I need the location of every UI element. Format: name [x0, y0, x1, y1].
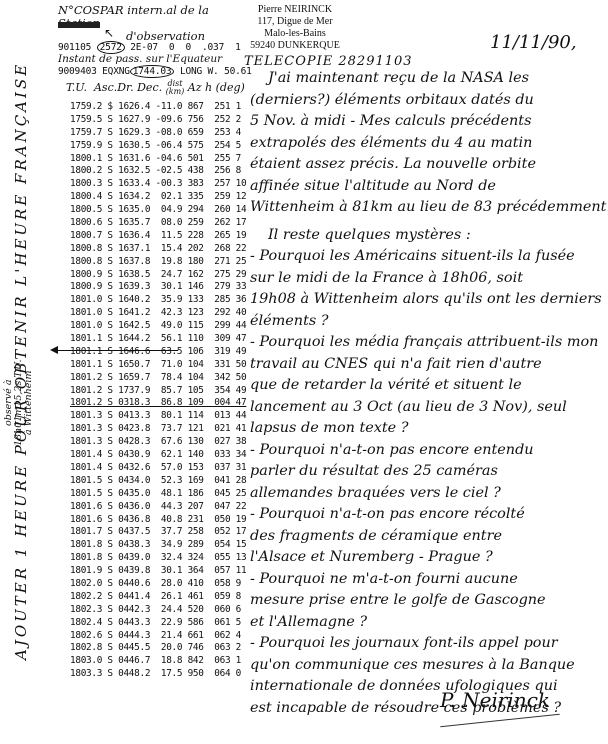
eqxng-label: 9009403 EQXNG: [58, 66, 130, 77]
signature: P. Neirinck: [440, 688, 550, 712]
table-row: 1759.5 S 1627.9 -09.6 756 252 2: [70, 114, 246, 127]
letter-line: des fragments de céramique entre: [250, 526, 600, 548]
table-row: 1803.3 S 0448.2 17.5 950 064 0: [70, 668, 246, 681]
table-row: 1801.0 S 1642.5 49.0 115 299 44: [70, 320, 246, 333]
table-row: 1801.5 S 0435.0 48.1 186 045 25: [70, 488, 246, 501]
table-row: 1800.1 S 1631.6 -04.6 501 255 7: [70, 153, 246, 166]
table-row: 1801.8 S 0438.3 34.9 289 054 15: [70, 539, 246, 552]
col-tu: T.U.: [66, 81, 87, 94]
elements-values: 2E-07 0 0 .037 1: [130, 42, 240, 53]
observed-annotation: observé à 18h01m15,2s T.U. à Wittenheim: [4, 360, 34, 446]
letter-line: Il reste quelques mystères :: [250, 225, 600, 247]
table-row: 1802.0 S 0440.6 28.0 410 058 9: [70, 578, 246, 591]
col-asc: Asc.Dr.: [94, 81, 134, 94]
letter-line: qu'on communique ces mesures à la Banque: [250, 655, 600, 677]
letter-line: étaient assez précis. La nouvelle orbite: [250, 154, 600, 176]
instant-annotation: Instant de pass. sur l'Equateur: [58, 53, 222, 65]
letter-date: 11/11/90,: [490, 32, 577, 53]
table-row: 1800.4 S 1634.2 02.1 335 259 12: [70, 191, 246, 204]
table-row: 1801.7 S 0437.5 37.7 258 052 17: [70, 526, 246, 539]
letter-line: éléments ?: [250, 311, 600, 333]
col-dec: Dec.: [137, 81, 162, 94]
telecopie-number: TELECOPIE 28291103: [244, 54, 413, 69]
table-row: 1801.1 S 1646.6 63.5 106 319 49: [70, 346, 246, 359]
observed-line3: à Wittenheim: [24, 360, 34, 446]
letterhead: Pierre NEIRINCK 117, Digue de Mer Malo-l…: [240, 4, 350, 52]
col-az: Az: [188, 81, 202, 94]
table-row: 1759.2 $ 1626.4 -11.0 867 251 1: [70, 101, 246, 114]
letter-line: que de retarder la vérité et situent le: [250, 375, 600, 397]
letter-line: travail au CNES qui n'a fait rien d'autr…: [250, 354, 600, 376]
table-row: 1801.3 S 0413.3 80.1 114 013 44: [70, 410, 246, 423]
letter-line: - Pourquoi n'a-t-on pas encore récolté: [250, 504, 600, 526]
table-row: 1800.7 S 1636.4 11.5 228 265 19: [70, 230, 246, 243]
letter-line: et l'Allemagne ?: [250, 612, 600, 634]
table-row: 1803.0 S 0446.7 18.8 842 063 1: [70, 655, 246, 668]
letter-line: - Pourquoi les média français attribuent…: [250, 332, 600, 354]
letter-line: lancement au 3 Oct (au lieu de 3 Nov), s…: [250, 397, 600, 419]
table-row: 1801.1 S 1650.7 71.0 104 331 50: [70, 359, 246, 372]
table-row: 1800.2 S 1632.5 -02.5 438 256 8: [70, 165, 246, 178]
letter-line: (derniers?) éléments orbitaux datés du: [250, 90, 600, 112]
letter-line: affinée situe l'altitude au Nord de: [250, 176, 600, 198]
table-row: 1801.9 S 0439.8 30.1 364 057 11: [70, 565, 246, 578]
table-row: 1800.3 S 1633.4 -00.3 383 257 10: [70, 178, 246, 191]
table-row: 1802.8 S 0445.5 20.0 746 063 2: [70, 642, 246, 655]
table-row: 1801.8 S 0439.0 32.4 324 055 13: [70, 552, 246, 565]
sender-postal: 59240 DUNKERQUE: [240, 40, 350, 52]
letter-body: J'ai maintenant reçu de la NASA les(dern…: [250, 68, 600, 719]
table-row: 1802.4 S 0443.3 22.9 586 061 5: [70, 617, 246, 630]
table-row: 1801.4 S 0432.6 57.0 153 037 31: [70, 462, 246, 475]
table-row: 1801.2 S 1737.9 85.7 105 354 49: [70, 385, 246, 398]
sender-street: 117, Digue de Mer: [240, 16, 350, 28]
pass-table: 1759.2 $ 1626.4 -11.0 867 251 11759.5 S …: [70, 101, 246, 681]
col-dist: dist(km): [166, 80, 185, 96]
table-row: 1801.5 S 0434.0 52.3 169 041 28: [70, 475, 246, 488]
table-row: 1801.3 S 0428.3 67.6 130 027 38: [70, 436, 246, 449]
table-row: 1802.3 S 0442.3 24.4 520 060 6: [70, 604, 246, 617]
table-row: 1800.5 S 1635.0 04.9 294 260 14: [70, 204, 246, 217]
letter-line: - Pourquoi ne m'a-t-on fourni aucune: [250, 569, 600, 591]
table-row: 1801.2 S 0318.3 86.8 109 004 47: [70, 397, 246, 410]
table-row: 1800.9 S 1639.3 30.1 146 279 33: [70, 281, 246, 294]
table-row: 1801.3 S 0423.8 73.7 121 021 41: [70, 423, 246, 436]
sender-name: Pierre NEIRINCK: [240, 4, 350, 16]
col-h: h (deg): [205, 81, 245, 94]
table-row: 1759.9 S 1630.5 -06.4 575 254 5: [70, 140, 246, 153]
letter-line: parler du résultat des 25 caméras: [250, 461, 600, 483]
letter-line: extrapolés des éléments du 4 au matin: [250, 133, 600, 155]
letter-line: - Pourquoi les Américains situent-ils la…: [250, 246, 600, 268]
table-row: 1801.2 S 1659.7 78.4 104 342 50: [70, 372, 246, 385]
equator-crossing-circled: 1744.03: [130, 65, 175, 78]
letter-line: - Pourquoi les journaux font-ils appel p…: [250, 633, 600, 655]
table-row: 1800.9 S 1638.5 24.7 162 275 29: [70, 269, 246, 282]
table-row: 1801.6 S 0436.8 40.8 231 050 19: [70, 514, 246, 527]
table-row: 1759.7 S 1629.3 -08.0 659 253 4: [70, 127, 246, 140]
letter-line: 5 Nov. à midi - Mes calculs précédents: [250, 111, 600, 133]
letter-line: lapsus de mon texte ?: [250, 418, 600, 440]
table-row: 1800.6 S 1635.7 08.0 259 262 17: [70, 217, 246, 230]
scribbled-out-text: [58, 22, 100, 28]
letter-line: J'ai maintenant reçu de la NASA les: [250, 68, 600, 90]
table-row: 1801.0 S 1641.2 42.3 123 292 40: [70, 307, 246, 320]
table-row: 1800.8 S 1637.8 19.8 180 271 25: [70, 256, 246, 269]
letter-line: sur le midi de la France à 18h06, soit: [250, 268, 600, 290]
arrow-up-left-icon: ↖: [104, 26, 114, 41]
arrow-left-icon: [52, 350, 178, 351]
letter-line: Wittenheim à 81km au lieu de 83 précédem…: [250, 197, 600, 219]
longitude-value: LONG W. 50.61: [180, 66, 252, 77]
table-row: 1802.2 S 0441.4 26.1 461 059 8: [70, 591, 246, 604]
sender-town: Malo-les-Bains: [240, 28, 350, 40]
table-row: 1800.8 S 1637.1 15.4 202 268 22: [70, 243, 246, 256]
orbital-elements-line1: 901105 2572 2E-07 0 0 .037 1: [58, 42, 241, 53]
table-row: 1801.4 S 0430.9 62.1 140 033 34: [70, 449, 246, 462]
table-row: 1802.6 S 0444.3 21.4 661 062 4: [70, 630, 246, 643]
letter-line: allemandes braquées vers le ciel ?: [250, 483, 600, 505]
orbital-elements-line2: 9009403 EQXNG1744.03 LONG W. 50.61: [58, 66, 252, 77]
letter-line: mesure prise entre le golfe de Gascogne: [250, 590, 600, 612]
letter-line: - Pourquoi n'a-t-on pas encore entendu: [250, 440, 600, 462]
table-column-headers: T.U. Asc.Dr. Dec. dist(km) Az h (deg): [66, 80, 245, 96]
table-row: 1801.6 S 0436.0 44.3 207 047 22: [70, 501, 246, 514]
epoch-value: 901105: [58, 42, 91, 53]
table-row: 1801.1 S 1644.2 56.1 110 309 47: [70, 333, 246, 346]
letter-line: 19h08 à Wittenheim alors qu'ils ont les …: [250, 289, 600, 311]
col-dist-bottom: (km): [166, 87, 185, 96]
letter-line: l'Alsace et Nuremberg - Prague ?: [250, 547, 600, 569]
table-row: 1801.0 S 1640.2 35.9 133 285 36: [70, 294, 246, 307]
